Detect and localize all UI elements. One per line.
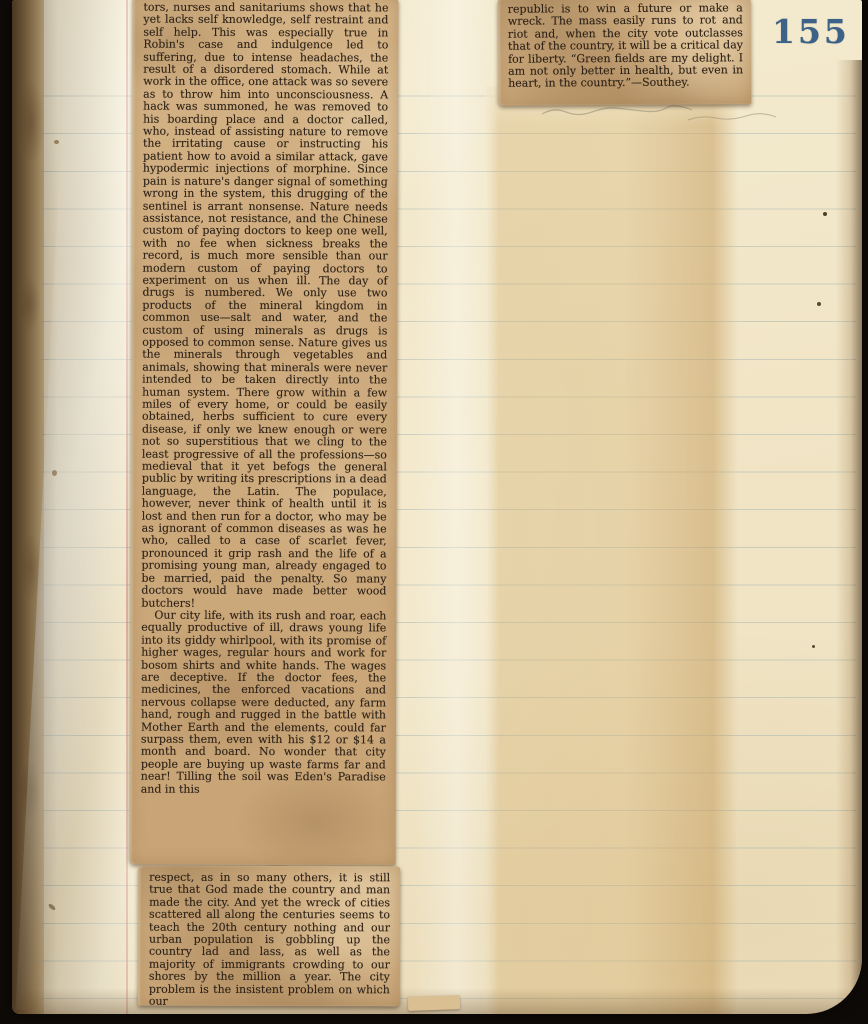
newspaper-clipping-main-column: tors, nurses and sanitariums shows that … [129, 0, 398, 865]
scanned-scrapbook-image: tors, nurses and sanitariums shows that … [0, 0, 868, 1024]
page-edge-shadow [836, 60, 862, 1014]
torn-paper-tab [408, 995, 460, 1011]
paper-speck [823, 212, 827, 216]
paper-speck [817, 302, 821, 306]
page-number: 155 [772, 12, 852, 51]
newspaper-clipping-continuation: respect, as in so many others, it is sti… [138, 866, 400, 1007]
glue-stain-strip [486, 86, 738, 1014]
binding-gutter-shadow [12, 0, 132, 1014]
clipping-paragraph: Our city life, with its rush and roar, e… [141, 609, 387, 796]
clipping-paragraph: tors, nurses and sanitariums shows that … [141, 2, 388, 611]
newspaper-clipping-quote: republic is to win a future or make a wr… [498, 0, 752, 106]
paper-speck [812, 645, 815, 648]
clipping-paragraph: republic is to win a future or make a wr… [508, 2, 744, 90]
paper-speck [52, 470, 57, 476]
clipping-paragraph: respect, as in so many others, it is sti… [149, 872, 390, 1007]
paper-speck [54, 140, 59, 144]
